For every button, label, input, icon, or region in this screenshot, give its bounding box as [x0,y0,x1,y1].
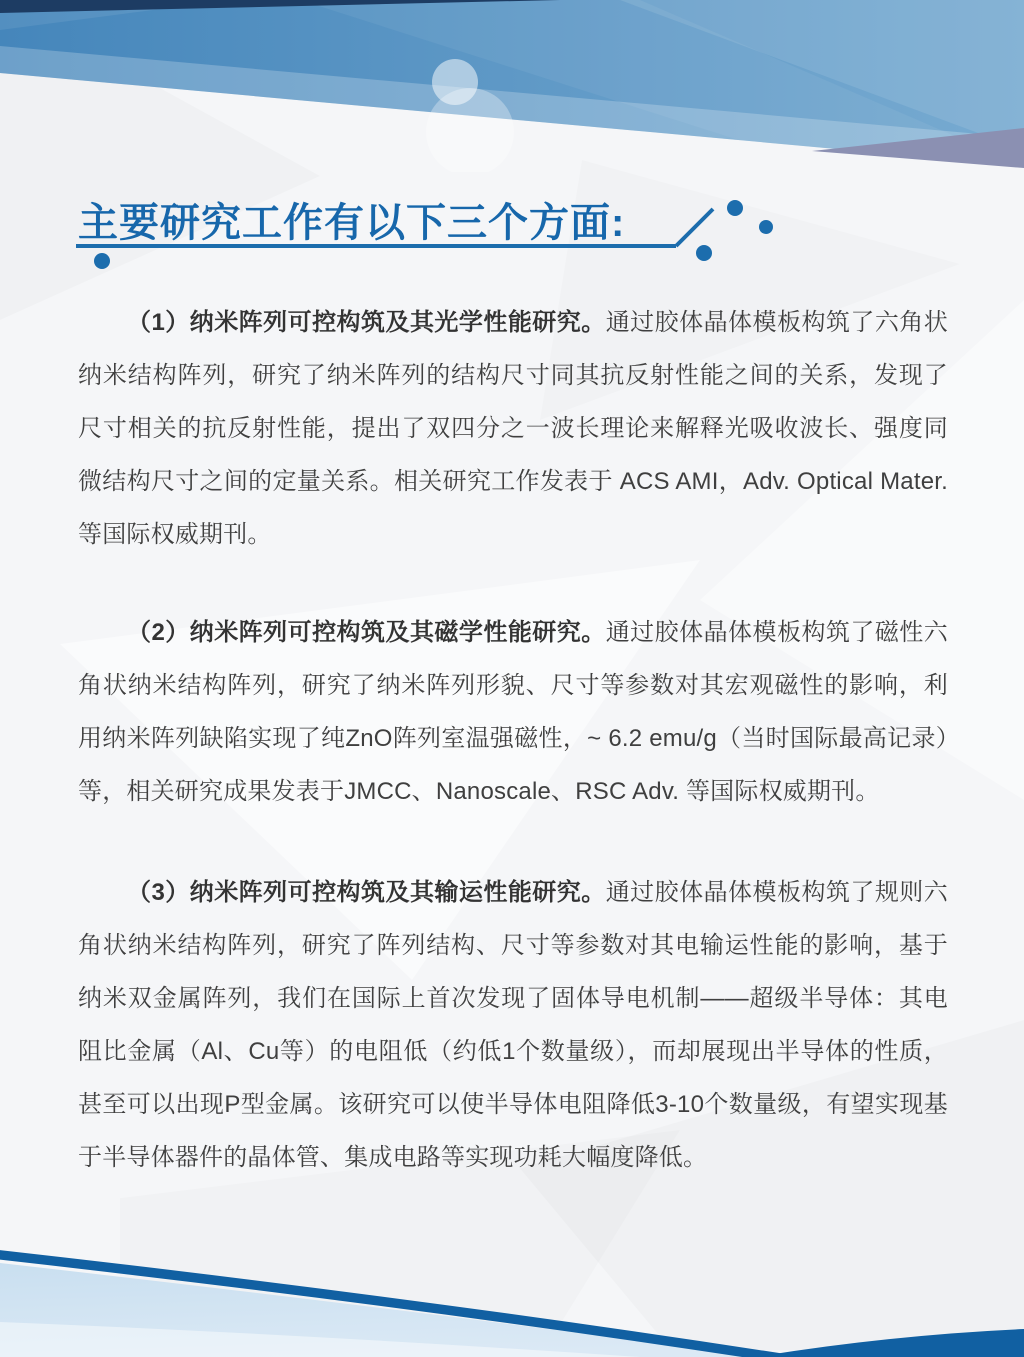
paragraph-2-body: 通过胶体晶体模板构筑了磁性六角状纳米结构阵列，研究了纳米阵列形貌、尺寸等参数对其… [78,619,948,805]
paragraph-2: （2）纳米阵列可控构筑及其磁学性能研究。通过胶体晶体模板构筑了磁性六角状纳米结构… [78,606,948,818]
footer-banner [0,1172,1024,1357]
paragraph-1-heading: （1）纳米阵列可控构筑及其光学性能研究。 [127,309,606,336]
paragraph-1: （1）纳米阵列可控构筑及其光学性能研究。通过胶体晶体模板构筑了六角状纳米结构阵列… [78,296,948,561]
paragraph-3: （3）纳米阵列可控构筑及其输运性能研究。通过胶体晶体模板构筑了规则六角状纳米结构… [78,866,948,1184]
title-slash [676,209,713,246]
paragraph-3-body: 通过胶体晶体模板构筑了规则六角状纳米结构阵列，研究了阵列结构、尺寸等参数对其电输… [78,879,948,1171]
paragraph-1-body: 通过胶体晶体模板构筑了六角状纳米结构阵列，研究了纳米阵列的结构尺寸同其抗反射性能… [78,309,948,548]
header-banner [0,0,1024,172]
decor-dot [94,253,110,269]
banner-circle [426,88,514,172]
title-underline [76,244,676,248]
paragraph-3-heading: （3）纳米阵列可控构筑及其输运性能研究。 [127,879,606,906]
decor-dot [727,200,743,216]
page: 主要研究工作有以下三个方面: （1）纳米阵列可控构筑及其光学性能研究。通过胶体晶… [0,0,1024,1357]
paragraph-2-heading: （2）纳米阵列可控构筑及其磁学性能研究。 [127,619,606,646]
title-underline-decor [60,180,800,280]
decor-dot [696,245,712,261]
footer-corner-wedge [755,1329,1024,1357]
decor-dot [759,220,773,234]
